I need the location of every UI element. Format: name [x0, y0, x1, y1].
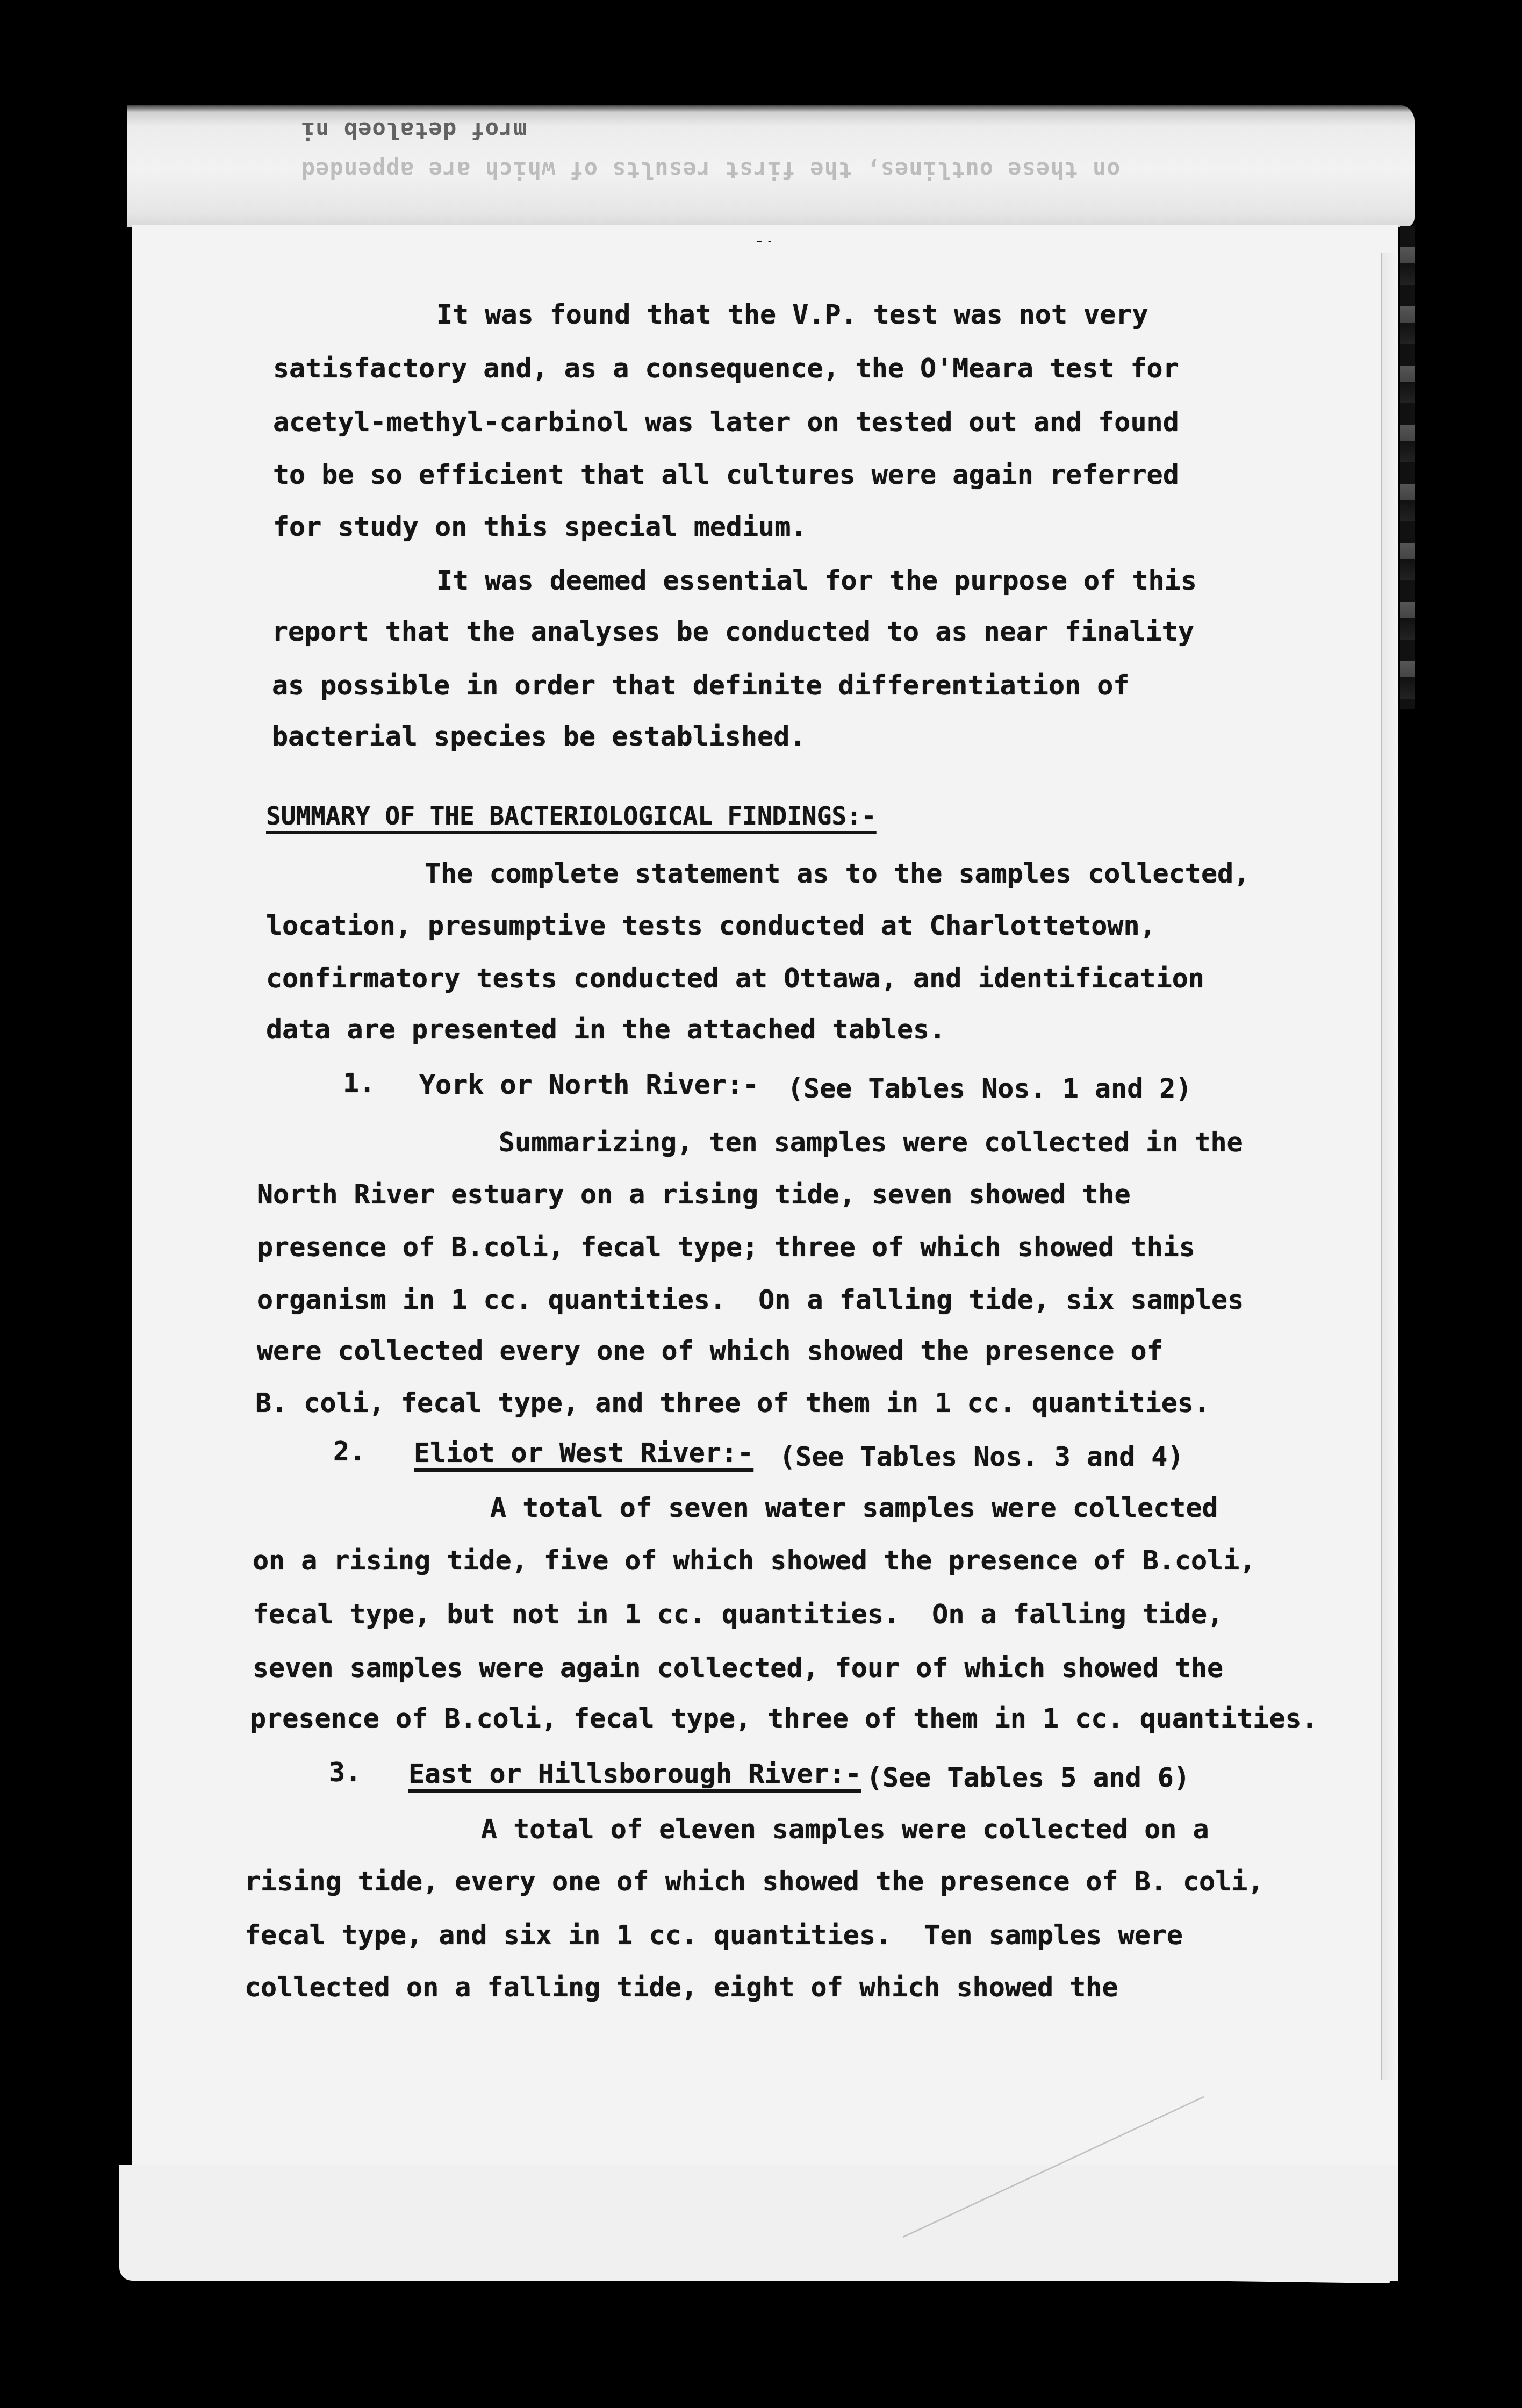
section-3-line-4: collected on a falling tide, eight of wh…: [245, 1974, 1118, 2001]
paragraph-1-line-3: acetyl-methyl-carbinol was later on test…: [273, 408, 1179, 435]
paragraph-2-line-1: It was deemed essential for the purpose …: [436, 567, 1197, 594]
section-2-line-3: fecal type, but not in 1 cc. quantities.…: [253, 1601, 1223, 1628]
binding-edge-marks: [1400, 226, 1415, 709]
paragraph-2-line-4: bacterial species be established.: [272, 723, 806, 750]
summary-intro-line-4: data are presented in the attached table…: [266, 1016, 945, 1043]
section-2-number: 2.: [333, 1438, 365, 1465]
section-3-line-1: A total of eleven samples were collected…: [481, 1816, 1209, 1843]
section-1-line-6: B. coli, fecal type, and three of them i…: [255, 1389, 1210, 1416]
section-1-line-3: presence of B.coli, fecal type; three of…: [257, 1234, 1195, 1260]
section-2-title: Eliot or West River:-: [414, 1439, 753, 1466]
section-1-line-5: were collected every one of which showed…: [257, 1337, 1163, 1364]
paragraph-2-line-2: report that the analyses be conducted to…: [272, 618, 1194, 645]
paragraph-2-line-3: as possible in order that definite diffe…: [272, 672, 1129, 699]
section-2-line-5: presence of B.coli, fecal type, three of…: [250, 1705, 1318, 1732]
section-3-line-3: fecal type, and six in 1 cc. quantities.…: [245, 1922, 1183, 1948]
summary-intro-line-2: location, presumptive tests conducted at…: [266, 912, 1156, 939]
summary-intro-line-3: confirmatory tests conducted at Ottawa, …: [266, 965, 1204, 992]
section-1-line-1: Summarizing, ten samples were collected …: [499, 1129, 1243, 1156]
section-2-line-4: seven samples were again collected, four…: [253, 1654, 1223, 1681]
paragraph-1-line-1: It was found that the V.P. test was not …: [436, 301, 1148, 328]
page-right-edge: [1381, 253, 1398, 2080]
section-2-line-2: on a rising tide, five of which showed t…: [253, 1547, 1255, 1574]
summary-heading: SUMMARY OF THE BACTERIOLOGICAL FINDINGS:…: [266, 804, 876, 828]
bleed-through-text-line-2: on these outlines, the first results of …: [301, 157, 1121, 183]
section-2-line-1: A total of seven water samples were coll…: [490, 1494, 1218, 1521]
bleed-through-text-line-1: mrof detaloeb ni: [301, 117, 527, 144]
section-3-number: 3.: [329, 1759, 361, 1786]
section-1-number: 1.: [343, 1070, 375, 1096]
section-1-table-ref: (See Tables Nos. 1 and 2): [787, 1075, 1192, 1102]
section-1-title: York or North River:-: [419, 1071, 759, 1098]
section-2-table-ref: (See Tables Nos. 3 and 4): [779, 1443, 1184, 1470]
summary-intro-line-1: The complete statement as to the samples…: [425, 860, 1250, 887]
section-3-title: East or Hillsborough River:-: [408, 1760, 861, 1787]
paragraph-1-line-2: satisfactory and, as a consequence, the …: [273, 355, 1179, 382]
paragraph-1-line-5: for study on this special medium.: [273, 513, 807, 540]
section-1-line-4: organism in 1 cc. quantities. On a falli…: [257, 1286, 1244, 1313]
paragraph-1-line-4: to be so efficient that all cultures wer…: [273, 461, 1179, 488]
page-number: 9.: [755, 241, 787, 253]
section-1-line-2: North River estuary on a rising tide, se…: [257, 1181, 1131, 1208]
page-bottom-edge: [119, 2165, 1398, 2281]
section-3-line-2: rising tide, every one of which showed t…: [245, 1868, 1263, 1895]
section-3-table-ref: (See Tables 5 and 6): [866, 1764, 1190, 1791]
